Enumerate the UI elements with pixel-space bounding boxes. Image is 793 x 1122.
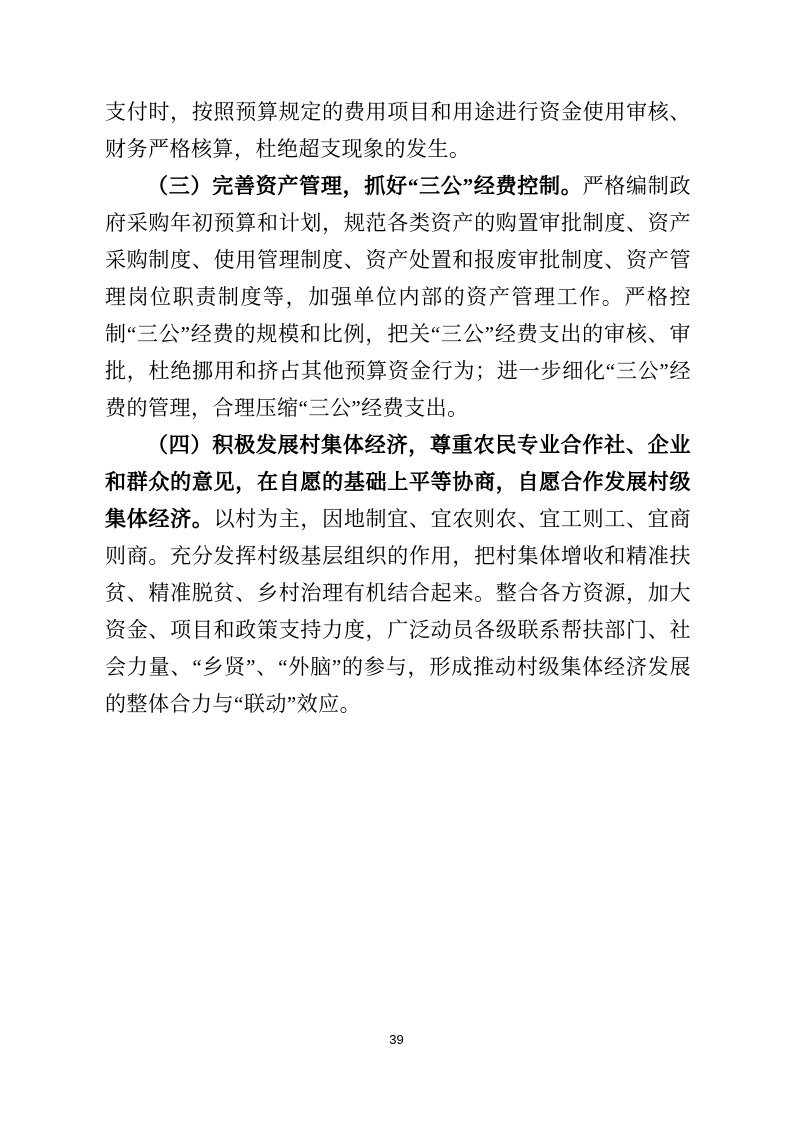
document-page: 支付时，按照预算规定的费用项目和用途进行资金使用审核、财务严格核算，杜绝超支现象… — [0, 0, 793, 1122]
page-number: 39 — [0, 1032, 793, 1047]
section-heading: （三）完善资产管理，抓好“三公”经费控制。 — [147, 174, 583, 198]
paragraph-text: 支付时，按照预算规定的费用项目和用途进行资金使用审核、财务严格核算，杜绝超支现象… — [105, 100, 691, 161]
paragraph-text: 严格编制政府采购年初预算和计划，规范各类资产的购置审批制度、资产采购制度、使用管… — [105, 174, 691, 420]
document-body: 支付时，按照预算规定的费用项目和用途进行资金使用审核、财务严格核算，杜绝超支现象… — [105, 94, 691, 723]
paragraph-continuation: 支付时，按照预算规定的费用项目和用途进行资金使用审核、财务严格核算，杜绝超支现象… — [105, 94, 691, 168]
paragraph-section-3: （三）完善资产管理，抓好“三公”经费控制。严格编制政府采购年初预算和计划，规范各… — [105, 168, 691, 427]
paragraph-text: 以村为主，因地制宜、宜农则农、宜工则工、宜商则商。充分发挥村级基层组织的作用，把… — [105, 507, 691, 716]
paragraph-section-4: （四）积极发展村集体经济，尊重农民专业合作社、企业和群众的意见，在自愿的基础上平… — [105, 427, 691, 723]
